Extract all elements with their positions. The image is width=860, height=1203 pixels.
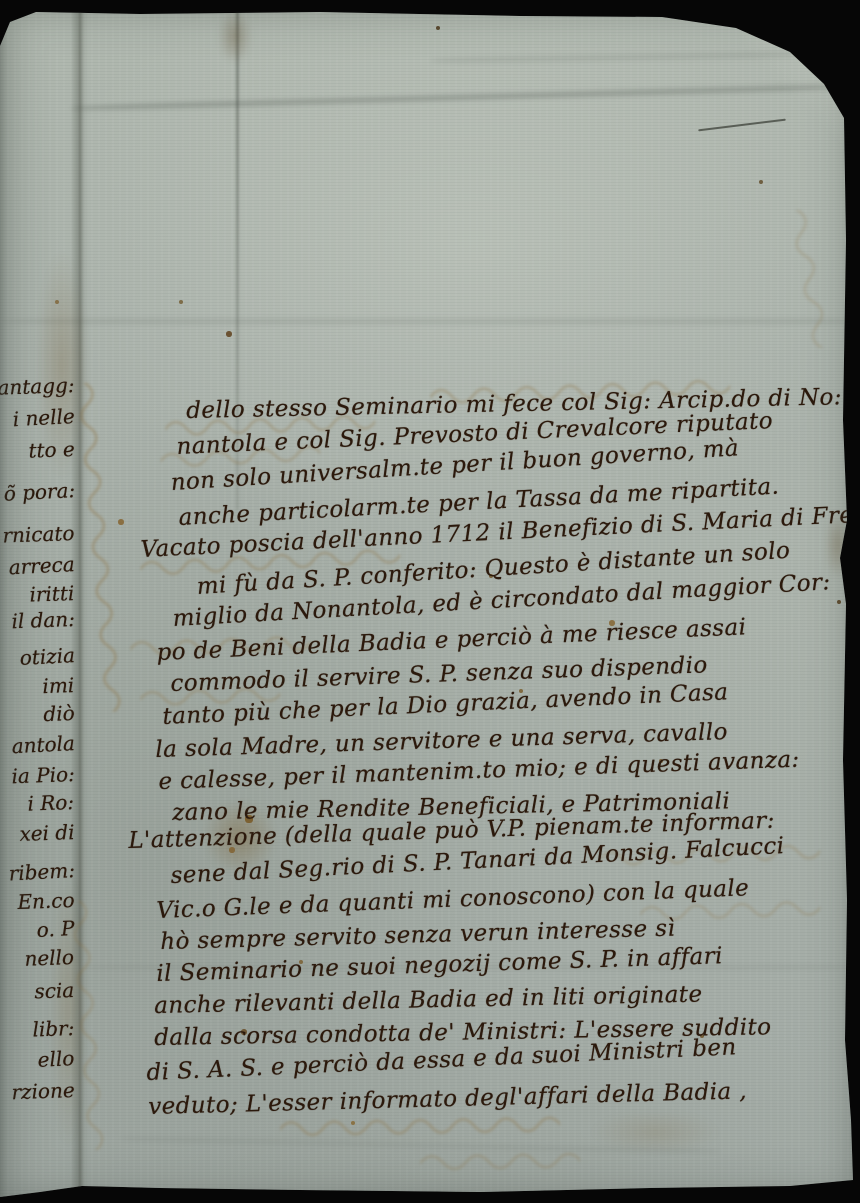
edge-shading: [0, 0, 860, 1203]
manuscript-scan: antagg:i nelletto eõ pora:rnicatoarrecai…: [0, 0, 860, 1203]
foxing-specks: [0, 0, 2, 2]
manuscript-page: antagg:i nelletto eõ pora:rnicatoarrecai…: [0, 0, 860, 1203]
